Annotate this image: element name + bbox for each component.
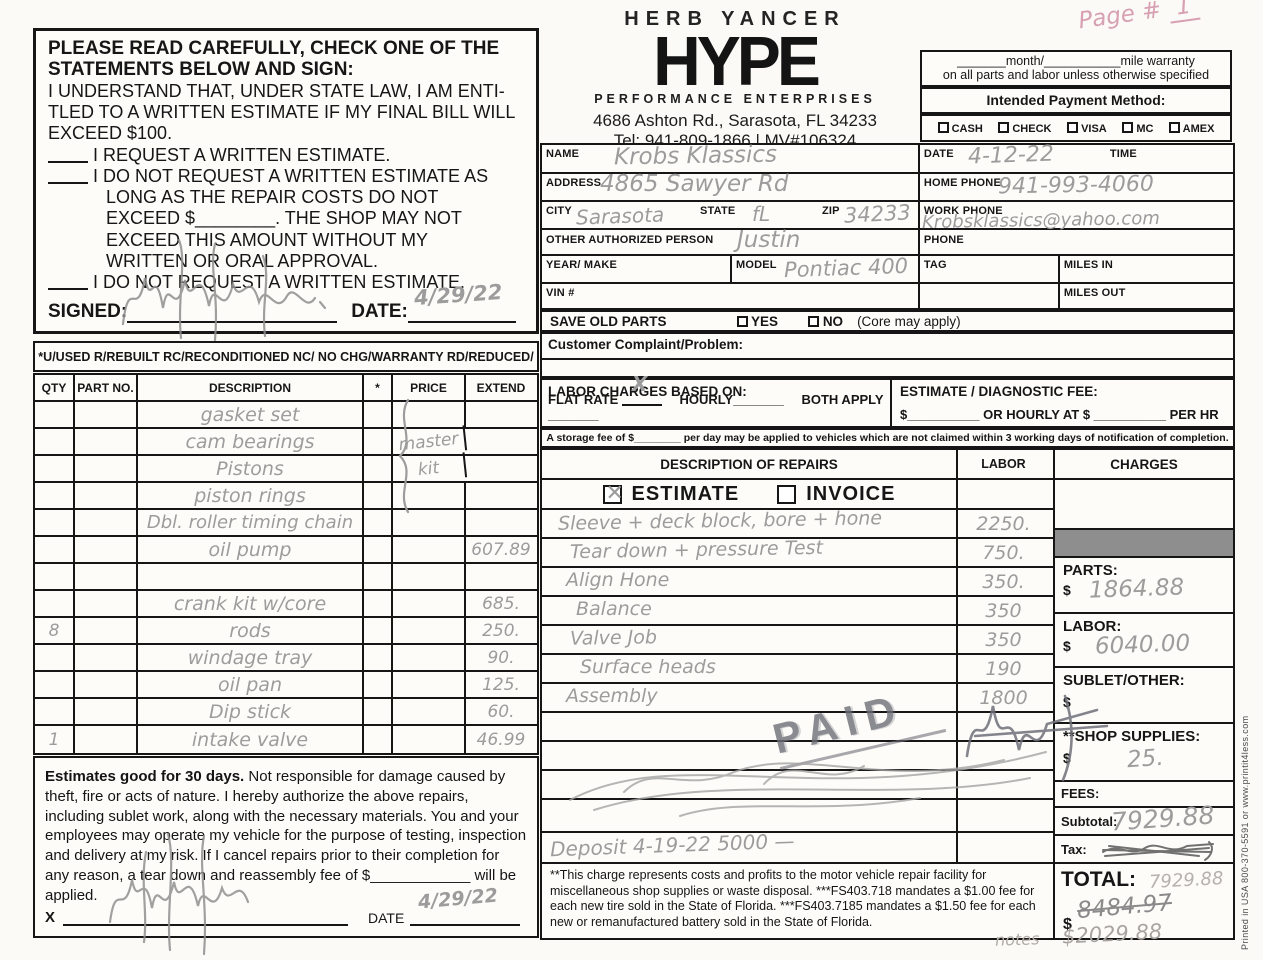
tax-label: Tax:	[1055, 836, 1233, 857]
tax-cell: Tax:	[1055, 836, 1233, 864]
bottom-notes-word: notes	[995, 929, 1040, 950]
tag-label: TAG	[924, 259, 947, 271]
other-authorized-field: OTHER AUTHORIZED PERSON Justin	[542, 230, 918, 256]
repair-row-empty	[542, 800, 1053, 833]
other-authorized-handwritten: Justin	[737, 227, 800, 253]
flat-rate-label: FLAT RATE	[548, 392, 618, 407]
address-handwritten: 4865 Sawyer Rd	[600, 171, 788, 197]
subtotal-handwritten: 7929.88	[1110, 800, 1215, 836]
shop-supplies-label: **SHOP SUPPLIES:	[1055, 724, 1233, 745]
time-label: TIME	[1110, 148, 1137, 160]
parts-row: oil pump607.89	[35, 537, 537, 564]
date-handwritten: 4-12-22	[967, 142, 1054, 170]
name-field: NAME Krobs Klassics	[542, 145, 918, 174]
miles-in-label: MILES IN	[1064, 259, 1113, 271]
estimate-checkbox-icon: ✕	[603, 485, 622, 504]
save-old-parts-row: SAVE OLD PARTS YES NO (Core may apply)	[540, 310, 1235, 332]
shop-supplies-handwritten: 25.	[1126, 745, 1164, 773]
parts-total-handwritten: 1864.88	[1089, 574, 1185, 603]
check-checkbox-icon	[998, 122, 1009, 133]
option1-text: I REQUEST A WRITTEN ESTIMATE.	[93, 145, 390, 165]
address-label: ADDRESS	[546, 177, 601, 189]
payment-option-visa: VISA	[1067, 122, 1107, 135]
city-label: CITY	[546, 205, 572, 217]
notice-date-handwritten: 4/29/22	[413, 280, 503, 310]
notice-line3: EXCEED $100.	[48, 123, 524, 144]
model-label: MODEL	[736, 259, 777, 271]
authorization-body: Not responsible for damage caused by the…	[45, 768, 526, 904]
x-label: X	[45, 909, 55, 926]
authorization-signature-line	[63, 910, 348, 926]
signed-label: SIGNED:	[48, 301, 127, 323]
repair-row-empty	[542, 771, 1053, 800]
option3-text: I DO NOT REQUEST A WRITTEN ESTIMATE.	[93, 272, 465, 292]
payment-option-amex: AMEX	[1169, 122, 1214, 135]
no-checkbox-icon	[808, 316, 819, 327]
repairs-left: DESCRIPTION OF REPAIRS LABOR ✕ ESTIMATE …	[542, 450, 1053, 938]
complaint-label: Customer Complaint/Problem:	[542, 334, 1233, 352]
core-note: (Core may apply)	[857, 314, 961, 329]
yes-label: YES	[751, 314, 778, 329]
company-address: 4686 Ashton Rd., Sarasota, FL 34233	[555, 111, 915, 131]
estimate-check-x: ✕	[606, 481, 624, 506]
invoice-checkbox-icon	[777, 485, 796, 504]
save-parts-no: NO	[808, 314, 843, 329]
vin-label: VIN #	[546, 287, 575, 299]
diagnostic-fee-title: ESTIMATE / DIAGNOSTIC FEE:	[892, 380, 1233, 399]
repair-row: Tear down + pressure Test750.	[542, 539, 1053, 568]
miles-out-label: MILES OUT	[1064, 287, 1126, 299]
parts-row: crank kit w/core685.	[35, 591, 537, 618]
shop-dollar-sign: $	[1063, 750, 1071, 766]
date-label: DATE	[924, 148, 954, 160]
parts-table-header: QTY PART NO. DESCRIPTION * PRICE EXTEND	[35, 375, 537, 402]
warranty-line1: _______month/___________mile warranty	[922, 54, 1230, 68]
mc-label: MC	[1136, 123, 1153, 135]
year-make-model-row: YEAR/ MAKE MODEL Pontiac 400	[542, 256, 918, 284]
page-label-pre: Page #	[1077, 0, 1170, 34]
parts-code-strip: *U/USED R/REBUILT RC/RECONDITIONED NC/ N…	[33, 341, 539, 372]
tag-milesin-row: TAG MILES IN	[920, 256, 1233, 284]
parts-row: Pistonskit	[35, 456, 537, 483]
parts-row	[35, 564, 537, 591]
charges-gray-bar	[1055, 530, 1233, 558]
sublet-label: SUBLET/OTHER:	[1055, 668, 1233, 689]
save-old-parts-label: SAVE OLD PARTS	[550, 314, 667, 329]
hourly-label: HOURLY_______	[680, 392, 784, 407]
payment-method-title: Intended Payment Method:	[922, 89, 1230, 108]
home-phone-field: HOME PHONE 941-993-4060	[920, 174, 1233, 202]
footer-note-text: **This charge represents costs and profi…	[550, 868, 1045, 931]
phone-field: PHONE	[920, 230, 1233, 256]
cash-checkbox-icon	[938, 122, 949, 133]
notice-date-label: DATE:	[351, 301, 408, 323]
flat-rate-blank: X	[622, 392, 662, 406]
parts-dollar-sign: $	[1063, 582, 1071, 598]
visa-checkbox-icon	[1067, 122, 1078, 133]
parts-total-cell: PARTS: $ 1864.88	[1055, 558, 1233, 614]
parts-row: 8rods250.	[35, 618, 537, 645]
authorization-sign-row: X DATE 4/29/22	[45, 909, 529, 926]
phone-label: PHONE	[924, 234, 964, 246]
date-time-field: DATE 4-12-22 TIME	[920, 145, 1233, 174]
yes-checkbox-icon	[737, 316, 748, 327]
print-vendor-note: Printed in USA 800-370-5591 or www.print…	[1240, 620, 1250, 950]
name-label: NAME	[546, 148, 579, 160]
miles-in-field: MILES IN	[1060, 256, 1233, 282]
option2-text-l5: WRITTEN OR ORAL APPROVAL.	[106, 251, 524, 272]
subtotal-cell: Subtotal: 7929.88	[1055, 808, 1233, 836]
repair-row: Sleeve + deck block, bore + hone2250.	[542, 510, 1053, 539]
sublet-dollar-sign: $	[1063, 694, 1071, 710]
work-phone-field: WORK PHONE Krobsklassics@yahoo.com	[920, 202, 1233, 230]
scanned-repair-order: HERB YANCER HYPE PERFORMANCE ENTERPRISES…	[0, 0, 1263, 960]
miles-out-field: MILES OUT	[1060, 284, 1233, 308]
labor-basis-options: FLAT RATE X HOURLY_______ BOTH APPLY ___…	[548, 392, 890, 422]
authorization-text: Estimates good for 30 days. Not responsi…	[45, 767, 527, 906]
authorization-date-line: 4/29/22	[410, 910, 520, 926]
labor-dollar-sign: $	[1063, 638, 1071, 654]
repair-row: Valve Job350	[542, 626, 1053, 655]
model-handwritten: Pontiac 400	[784, 254, 909, 282]
other-authorized-label: OTHER AUTHORIZED PERSON	[546, 234, 713, 246]
option2-text-l4: EXCEED THIS AMOUNT WITHOUT MY	[106, 230, 524, 251]
warranty-box: _______month/___________mile warranty on…	[920, 50, 1232, 87]
repair-row: Align Hone350.	[542, 568, 1053, 597]
col-header-star: *	[364, 375, 393, 400]
zip-handwritten: 34233	[843, 200, 911, 227]
tag-field-empty	[920, 284, 1060, 308]
year-make-label: YEAR/ MAKE	[546, 259, 617, 271]
home-phone-label: HOME PHONE	[924, 177, 1001, 189]
labor-basis-box: LABOR CHARGES BASED ON: FLAT RATE X HOUR…	[540, 378, 1235, 428]
storage-fee-strip: A storage fee of $________ per day may b…	[540, 428, 1235, 448]
city-state-zip-field: CITY Sarasota STATE fL ZIP 34233	[542, 202, 918, 230]
option2-text-l2: LONG AS THE REPAIR COSTS DO NOT	[106, 187, 524, 208]
state-handwritten: fL	[752, 202, 770, 226]
parts-code-text: *U/USED R/REBUILT RC/RECONDITIONED NC/ N…	[38, 350, 533, 364]
milesout-row: MILES OUT	[920, 284, 1233, 308]
city-handwritten: Sarasota	[576, 202, 665, 229]
visa-label: VISA	[1081, 123, 1107, 135]
vin-field: VIN #	[542, 284, 918, 308]
bottom-notes-amount: $2029.88	[1061, 919, 1162, 948]
charges-empty-cell	[1055, 480, 1233, 530]
parts-table: QTY PART NO. DESCRIPTION * PRICE EXTEND …	[33, 373, 539, 755]
col-header-description: DESCRIPTION	[138, 375, 364, 400]
labor-total-cell: LABOR: $ 6040.00	[1055, 614, 1233, 668]
storage-fee-text: A storage fee of $________ per day may b…	[546, 432, 1228, 444]
flat-rate-x-handwritten: X	[632, 372, 647, 396]
deposit-row: Deposit 4-19-22 5000 —	[542, 833, 1053, 864]
notice-line1: I UNDERSTAND THAT, UNDER STATE LAW, I AM…	[48, 81, 524, 102]
labor-total-handwritten: 6040.00	[1095, 630, 1191, 659]
cash-label: CASH	[952, 123, 983, 135]
model-field: MODEL Pontiac 400	[732, 256, 918, 282]
diagnostic-fee-box: ESTIMATE / DIAGNOSTIC FEE: $__________ O…	[892, 380, 1233, 426]
company-header: HERB YANCER HYPE PERFORMANCE ENTERPRISES…	[555, 8, 915, 151]
grand-total-label: TOTAL:	[1061, 868, 1136, 892]
notice-box: PLEASE READ CAREFULLY, CHECK ONE OF THE …	[33, 28, 539, 334]
notice-date-line: 4/29/22	[408, 305, 516, 323]
payment-option-check: CHECK	[998, 122, 1051, 135]
signed-row: SIGNED: DATE: 4/29/22	[48, 301, 526, 323]
shop-supplies-cell: **SHOP SUPPLIES: $ 25.	[1055, 724, 1233, 782]
notice-heading: PLEASE READ CAREFULLY, CHECK ONE OF THE …	[48, 38, 524, 81]
save-parts-yes: YES	[737, 314, 779, 329]
payment-method-options: CASH CHECK VISA MC AMEX	[920, 114, 1232, 142]
repairs-header-row: DESCRIPTION OF REPAIRS LABOR	[542, 450, 1053, 480]
option2-text-l1: I DO NOT REQUEST A WRITTEN ESTIMATE AS	[93, 166, 488, 186]
name-handwritten: Krobs Klassics	[614, 142, 777, 171]
parts-row: 1intake valve46.99	[35, 726, 537, 753]
fees-label: FEES:	[1055, 782, 1233, 801]
no-label: NO	[823, 314, 843, 329]
company-logo: HYPE	[555, 29, 915, 93]
parts-row: piston rings	[35, 483, 537, 510]
option2-blank-line	[48, 170, 88, 184]
charges-column: CHARGES PARTS: $ 1864.88 LABOR: $ 6040.0…	[1053, 450, 1233, 938]
grand-total-light-handwritten: 7929.88	[1149, 868, 1224, 893]
warranty-line2: on all parts and labor unless otherwise …	[922, 68, 1230, 82]
footer-note-box: **This charge represents costs and profi…	[542, 864, 1053, 938]
zip-label: ZIP	[822, 205, 840, 217]
signature-line	[127, 305, 337, 323]
page-number-handwritten: Page # 1	[1077, 0, 1201, 34]
estimate-label: ESTIMATE	[632, 483, 740, 506]
page-label-num: 1	[1167, 0, 1201, 24]
authorization-lead: Estimates good for 30 days.	[45, 768, 244, 785]
estimate-invoice-row: ✕ ESTIMATE INVOICE	[542, 480, 1053, 510]
sublet-cell: SUBLET/OTHER: $	[1055, 668, 1233, 724]
payment-option-mc: MC	[1122, 122, 1153, 135]
option2-text-l3: EXCEED $________. THE SHOP MAY NOT	[106, 208, 524, 229]
amex-checkbox-icon	[1169, 122, 1180, 133]
state-label: STATE	[700, 205, 735, 217]
col-header-part-no: PART NO.	[75, 375, 138, 400]
option1-blank-line	[48, 149, 88, 163]
address-field: ADDRESS 4865 Sawyer Rd	[542, 174, 918, 202]
repairs-labor-header: LABOR	[958, 450, 1049, 478]
authorization-box: Estimates good for 30 days. Not responsi…	[33, 756, 539, 938]
complaint-divider	[542, 358, 1233, 360]
parts-row: Dip stick60.	[35, 699, 537, 726]
charges-header: CHARGES	[1055, 450, 1233, 480]
check-label: CHECK	[1012, 123, 1051, 135]
labor-basis-left: LABOR CHARGES BASED ON: FLAT RATE X HOUR…	[542, 380, 892, 426]
invoice-label: INVOICE	[806, 483, 895, 506]
tag-field: TAG	[920, 256, 1060, 282]
parts-row: Dbl. roller timing chain	[35, 510, 537, 537]
notice-option-1: I REQUEST A WRITTEN ESTIMATE.	[48, 145, 524, 166]
amex-label: AMEX	[1183, 123, 1215, 135]
repairs-desc-header: DESCRIPTION OF REPAIRS	[542, 450, 958, 478]
notice-line2: TLED TO A WRITTEN ESTIMATE IF MY FINAL B…	[48, 102, 524, 123]
authorization-date-label: DATE	[368, 910, 404, 926]
notice-option-2: I DO NOT REQUEST A WRITTEN ESTIMATE AS	[48, 166, 524, 187]
repair-row: Surface heads190	[542, 655, 1053, 684]
customer-right-column: DATE 4-12-22 TIME HOME PHONE 941-993-406…	[918, 145, 1233, 308]
parts-row: windage tray90.	[35, 645, 537, 672]
year-make-field: YEAR/ MAKE	[542, 256, 732, 282]
parts-row: oil pan125.	[35, 672, 537, 699]
col-header-extend: EXTEND	[466, 375, 536, 400]
col-header-price: PRICE	[393, 375, 466, 400]
col-header-qty: QTY	[35, 375, 75, 400]
payment-option-cash: CASH	[938, 122, 983, 135]
diagnostic-fee-line: $__________ OR HOURLY AT $ __________ PE…	[900, 407, 1219, 422]
deposit-handwritten: Deposit 4-19-22 5000 —	[550, 829, 795, 862]
repair-row: Balance350	[542, 597, 1053, 626]
customer-info-grid: NAME Krobs Klassics ADDRESS 4865 Sawyer …	[540, 143, 1235, 310]
payment-method-title-box: Intended Payment Method:	[920, 87, 1232, 114]
home-phone-handwritten: 941-993-4060	[998, 172, 1154, 200]
customer-left-column: NAME Krobs Klassics ADDRESS 4865 Sawyer …	[542, 145, 918, 308]
mc-checkbox-icon	[1122, 122, 1133, 133]
option3-blank-line	[48, 276, 88, 290]
